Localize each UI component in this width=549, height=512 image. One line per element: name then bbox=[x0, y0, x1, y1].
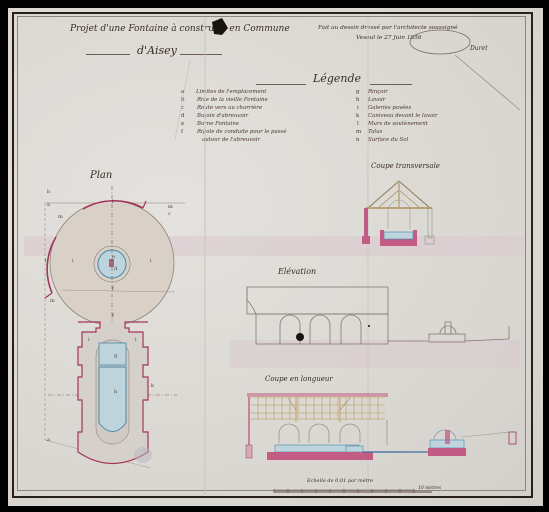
elevation-view bbox=[247, 287, 509, 344]
svg-text:c: c bbox=[168, 211, 171, 217]
svg-text:b: b bbox=[47, 189, 50, 195]
coupe-longueur-view bbox=[246, 393, 516, 460]
svg-text:m: m bbox=[58, 214, 63, 220]
svg-text:a: a bbox=[47, 437, 50, 443]
scale-bar-graphic bbox=[24, 489, 524, 497]
plan-view bbox=[45, 186, 185, 468]
scale-bar-label: Echelle de 0,01 par mètre bbox=[307, 478, 373, 484]
svg-text:e: e bbox=[112, 254, 115, 260]
svg-text:m: m bbox=[50, 298, 55, 304]
svg-text:a: a bbox=[47, 202, 50, 208]
scale-bar-end-label: 10 mètres bbox=[418, 486, 441, 491]
svg-text:k: k bbox=[151, 383, 155, 389]
drawing-linework: bam mcl lii edf mf ii ghk a bbox=[0, 0, 549, 512]
svg-text:m: m bbox=[168, 204, 173, 210]
